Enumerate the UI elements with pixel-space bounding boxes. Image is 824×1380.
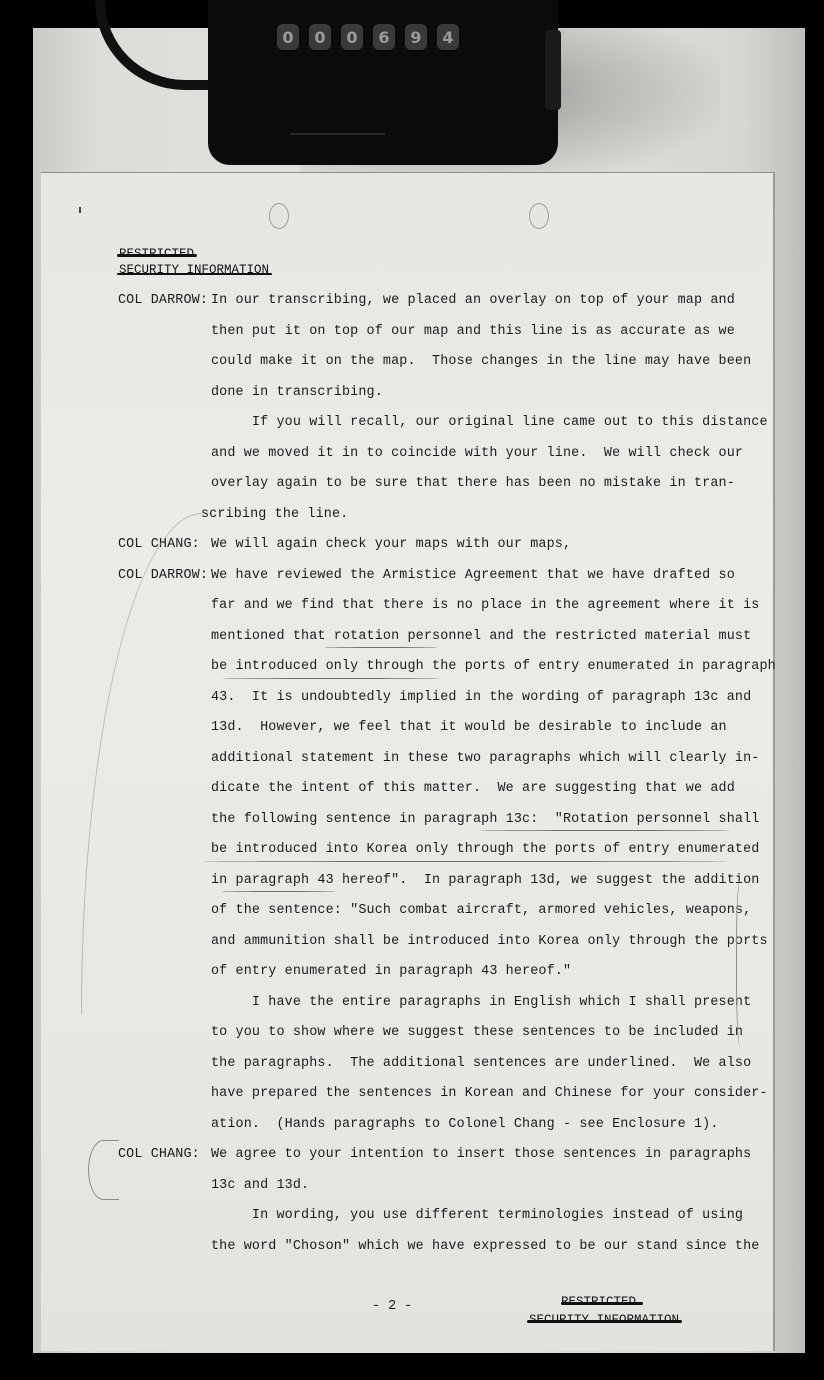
transcript-line: be introduced only through the ports of … xyxy=(211,659,776,674)
counter-foot xyxy=(290,125,385,135)
redaction-strike xyxy=(117,273,272,275)
transcript-line: ation. (Hands paragraphs to Colonel Chan… xyxy=(211,1117,719,1132)
transcript-line: the word "Choson" which we have expresse… xyxy=(211,1239,759,1254)
transcript-line: If you will recall, our original line ca… xyxy=(211,415,768,430)
transcript-line: 13d. However, we feel that it would be d… xyxy=(211,720,727,735)
transcript-line: of the sentence: "Such combat aircraft, … xyxy=(211,903,751,918)
counter-digit: 0 xyxy=(277,24,299,50)
transcript-line: far and we find that there is no place i… xyxy=(211,598,759,613)
transcript-line: additional statement in these two paragr… xyxy=(211,751,759,766)
pencil-underline xyxy=(324,647,437,648)
speaker-label: COL DARROW: xyxy=(118,293,208,308)
redaction-strike xyxy=(117,254,197,257)
pencil-underline xyxy=(221,891,336,892)
transcript-line: 43. It is undoubtedly implied in the wor… xyxy=(211,690,751,705)
transcript-line: in paragraph 43 hereof". In paragraph 13… xyxy=(211,873,759,888)
transcript-line: have prepared the sentences in Korean an… xyxy=(211,1086,768,1101)
transcript-line: We have reviewed the Armistice Agreement… xyxy=(211,568,735,583)
document-page: RESTRICTED SECURITY INFORMATION COL DARR… xyxy=(41,172,775,1351)
counter-digit: 0 xyxy=(341,24,363,50)
counter-side-slot xyxy=(545,30,561,110)
counter-digit: 4 xyxy=(437,24,459,50)
transcript-line: the paragraphs. The additional sentences… xyxy=(211,1056,751,1071)
redaction-strike xyxy=(561,1302,643,1305)
transcript-line: then put it on top of our map and this l… xyxy=(211,324,735,339)
transcript-line: to you to show where we suggest these se… xyxy=(211,1025,743,1040)
margin-parenthesis-mark xyxy=(88,1140,119,1200)
transcript-line: the following sentence in paragraph 13c:… xyxy=(211,812,759,827)
transcript-line: of entry enumerated in paragraph 43 here… xyxy=(211,964,571,979)
margin-bracket-mark xyxy=(736,878,747,1048)
transcript-line: I have the entire paragraphs in English … xyxy=(211,995,751,1010)
pencil-underline xyxy=(480,830,730,831)
transcript-line: scribing the line. xyxy=(201,507,348,522)
transcript-line: overlay again to be sure that there has … xyxy=(211,476,735,491)
transcript-line: We will again check your maps with our m… xyxy=(211,537,571,552)
frame-counter-digits: 0 0 0 6 9 4 xyxy=(277,24,459,50)
counter-digit: 9 xyxy=(405,24,427,50)
counter-digit: 0 xyxy=(309,24,331,50)
transcript-line: done in transcribing. xyxy=(211,385,383,400)
transcript-line: In wording, you use different terminolog… xyxy=(211,1208,743,1223)
transcript-line: and ammunition shall be introduced into … xyxy=(211,934,768,949)
transcript-line: could make it on the map. Those changes … xyxy=(211,354,751,369)
page-number: - 2 - xyxy=(372,1299,412,1314)
speaker-label: COL CHANG: xyxy=(118,1147,200,1162)
ink-mark xyxy=(79,207,81,213)
counter-digit: 6 xyxy=(373,24,395,50)
pencil-underline xyxy=(201,861,729,862)
transcript-line: In our transcribing, we placed an overla… xyxy=(211,293,735,308)
punch-hole-icon xyxy=(529,203,549,229)
redaction-strike xyxy=(527,1320,682,1323)
transcript-line: be introduced into Korea only through th… xyxy=(211,842,759,857)
punch-hole-icon xyxy=(269,203,289,229)
pencil-underline xyxy=(222,678,440,679)
margin-arc-mark xyxy=(81,513,202,1014)
transcript-line: and we moved it in to coincide with your… xyxy=(211,446,743,461)
transcript-line: 13c and 13d. xyxy=(211,1178,309,1193)
transcript-line: We agree to your intention to insert tho… xyxy=(211,1147,751,1162)
transcript-line: dicate the intent of this matter. We are… xyxy=(211,781,735,796)
transcript-line: mentioned that rotation personnel and th… xyxy=(211,629,751,644)
